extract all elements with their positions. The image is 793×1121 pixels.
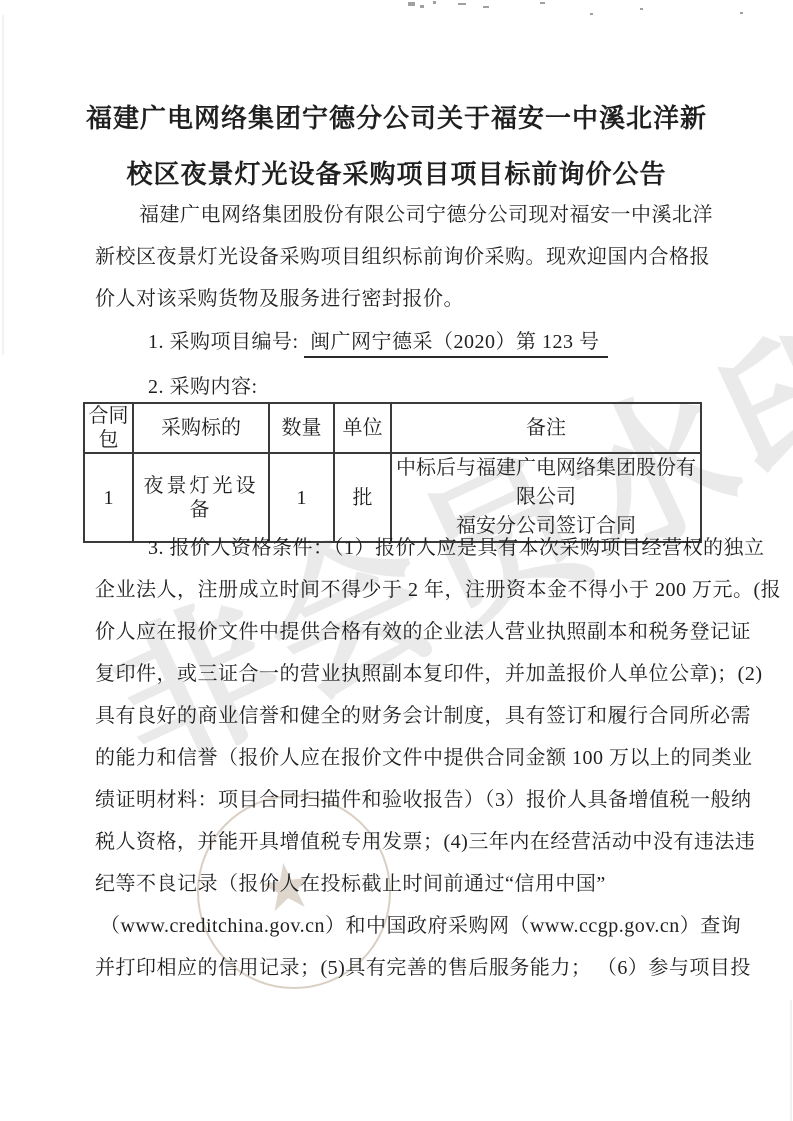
- qualification-paragraph-line: 并打印相应的信用记录；(5)具有完善的售后服务能力； （6）参与项目投: [95, 953, 751, 983]
- table-header-quantity: 数量: [269, 403, 334, 453]
- qualification-paragraph-line: 企业法人，注册成立时间不得少于 2 年，注册资本金不得小于 200 万元。(报: [95, 575, 781, 605]
- qualification-paragraph-line: 3. 报价人资格条件：（1）报价人应是具有本次采购项目经营权的独立: [148, 533, 765, 563]
- scan-speck: [483, 6, 489, 8]
- intro-paragraph-line: 新校区夜景灯光设备采购项目组织标前询价采购。现欢迎国内合格报: [95, 242, 710, 272]
- cell-quantity: 1: [269, 453, 334, 542]
- item-project-number-label: 1. 采购项目编号:: [148, 331, 304, 353]
- qualification-paragraph-line: 税人资格，并能开具增值税专用发票；(4)三年内在经营活动中没有违法违: [95, 827, 755, 857]
- qualification-paragraph-line: 复印件，或三证合一的营业执照副本复印件，并加盖报价人单位公章)；(2): [95, 659, 762, 689]
- cell-unit: 批: [334, 453, 391, 542]
- scan-speck: [540, 2, 545, 4]
- item-project-number-line: 1. 采购项目编号: 闽广网宁德采（2020）第 123 号: [148, 327, 608, 357]
- qualification-paragraph-line: 绩证明材料：项目合同扫描件和验收报告）（3）报价人具备增值税一般纳: [95, 785, 752, 815]
- table-row: 1 夜景灯光设备 1 批 中标后与福建广电网络集团股份有限公司 福安分公司签订合…: [84, 453, 701, 542]
- document-title-line2: 校区夜景灯光设备采购项目项目标前询价公告: [0, 154, 793, 191]
- scan-speck: [420, 5, 424, 8]
- table-header-row: 合同包 采购标的 数量 单位 备注: [84, 403, 701, 453]
- qualification-paragraph-line: （www.creditchina.gov.cn）和中国政府采购网（www.ccg…: [100, 911, 741, 941]
- scan-edge-artifact-right: [790, 1000, 792, 1121]
- intro-paragraph-line: 价人对该采购货物及服务进行密封报价。: [95, 284, 464, 314]
- table-header-subject: 采购标的: [133, 403, 269, 453]
- cell-subject: 夜景灯光设备: [133, 453, 269, 542]
- scan-speck: [408, 2, 415, 6]
- scan-speck: [590, 13, 593, 15]
- intro-paragraph-line: 福建广电网络集团股份有限公司宁德分公司现对福安一中溪北洋: [139, 200, 713, 230]
- scan-speck: [640, 8, 643, 10]
- qualification-paragraph-line: 纪等不良记录（报价人在投标截止时间前通过“信用中国”: [95, 869, 606, 899]
- project-number-value: 闽广网宁德采（2020）第 123 号: [304, 331, 608, 358]
- item-purchase-content-label: 2. 采购内容:: [148, 372, 258, 402]
- document-title-line1: 福建广电网络集团宁德分公司关于福安一中溪北洋新: [0, 98, 793, 135]
- scan-speck: [458, 3, 466, 5]
- qualification-paragraph-line: 的能力和信誉（报价人应在报价文件中提供合同金额 100 万以上的同类业: [95, 743, 753, 773]
- scan-speck: [433, 1, 436, 4]
- scan-speck: [740, 12, 743, 14]
- table-header-remark: 备注: [391, 403, 701, 453]
- table-header-contract-package: 合同包: [84, 403, 133, 453]
- cell-remark-line1: 中标后与福建广电网络集团股份有限公司: [394, 454, 698, 512]
- qualification-paragraph-line: 价人应在报价文件中提供合格有效的企业法人营业执照副本和税务登记证: [95, 617, 751, 647]
- qualification-paragraph-line: 具有良好的商业信誉和健全的财务会计制度，具有签订和履行合同所必需: [95, 701, 751, 731]
- cell-contract-package: 1: [84, 453, 133, 542]
- purchase-content-table: 合同包 采购标的 数量 单位 备注 1 夜景灯光设备 1 批 中标后与福建广电网…: [83, 402, 702, 543]
- table-header-unit: 单位: [334, 403, 391, 453]
- cell-remark: 中标后与福建广电网络集团股份有限公司 福安分公司签订合同: [391, 453, 701, 542]
- scanned-document-page: 非会员水印 ★ 福建广电网络集团宁德分公司关于福安一中溪北洋新 校区夜景灯光设备…: [0, 0, 793, 1121]
